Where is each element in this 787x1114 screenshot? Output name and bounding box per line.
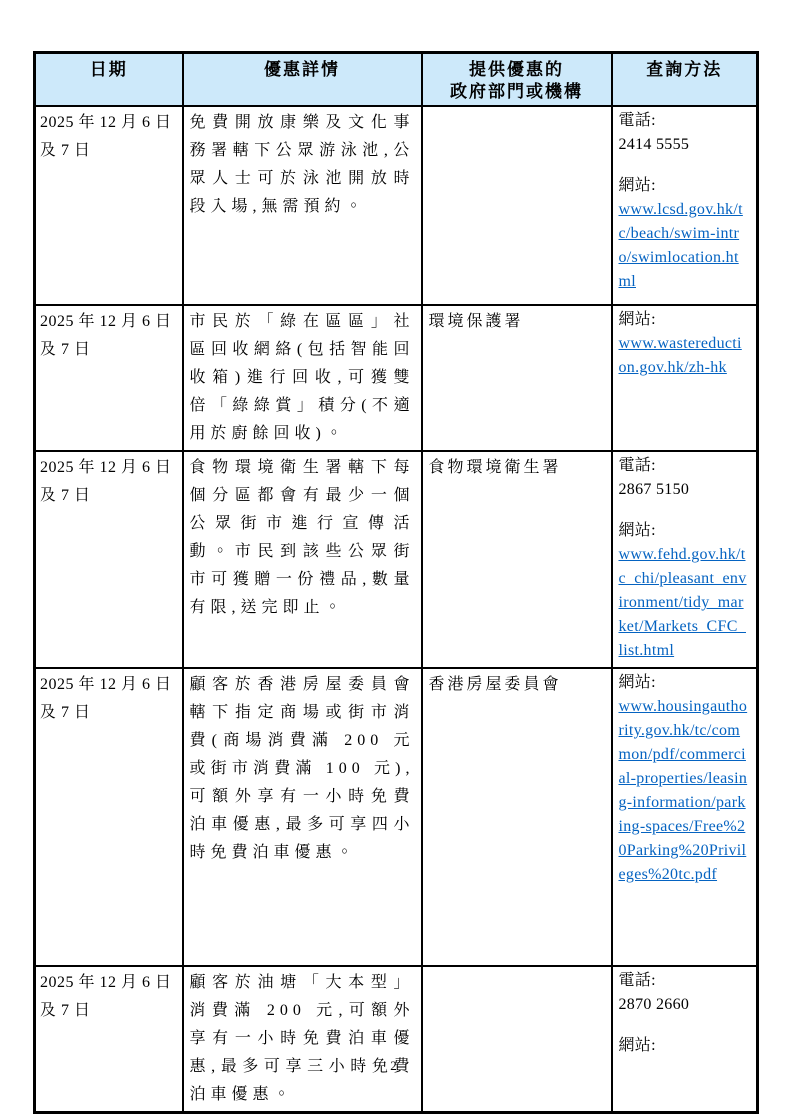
enquiry-cell: 網站: www.housingauthority.gov.hk/tc/commo… bbox=[612, 668, 758, 966]
phone-label: 電話: bbox=[619, 454, 751, 478]
details-cell: 市民於「綠在區區」社區回收網絡(包括智能回收箱)進行回收,可獲雙倍「綠綠賞」積分… bbox=[183, 305, 422, 451]
enquiry-link[interactable]: www.housingauthority.gov.hk/tc/common/pd… bbox=[619, 695, 751, 887]
details-cell: 顧客於油塘「大本型」消費滿 200 元,可額外享有一小時免費泊車優惠,最多可享三… bbox=[183, 966, 422, 1113]
website-label: 網站: bbox=[619, 174, 751, 198]
details-cell: 顧客於香港房屋委員會轄下指定商場或街市消費(商場消費滿 200 元或街市消費滿 … bbox=[183, 668, 422, 966]
enquiry-link[interactable]: www.lcsd.gov.hk/tc/beach/swim-intro/swim… bbox=[619, 198, 751, 294]
table-row: 2025 年 12 月 6 日 及 7 日 市民於「綠在區區」社區回收網絡(包括… bbox=[35, 305, 758, 451]
enquiry-link[interactable]: www.wastereduction.gov.hk/zh-hk bbox=[619, 332, 751, 380]
table-row: 2025 年 12 月 6 日 及 7 日 食物環境衛生署轄下每個分區都會有最少… bbox=[35, 451, 758, 668]
phone-number: 2867 5150 bbox=[619, 478, 751, 502]
enquiry-cell: 電話: 2867 5150 網站: www.fehd.gov.hk/tc_chi… bbox=[612, 451, 758, 668]
department-cell bbox=[422, 106, 612, 305]
department-cell: 香港房屋委員會 bbox=[422, 668, 612, 966]
header-enquiry-method: 查詢方法 bbox=[612, 53, 758, 107]
department-cell: 食物環境衛生署 bbox=[422, 451, 612, 668]
website-label: 網站: bbox=[619, 671, 751, 695]
details-cell: 食物環境衛生署轄下每個分區都會有最少一個公眾街市進行宣傳活動。市民到該些公眾街市… bbox=[183, 451, 422, 668]
date-cell: 2025 年 12 月 6 日 及 7 日 bbox=[35, 966, 183, 1113]
department-cell bbox=[422, 966, 612, 1113]
phone-number: 2870 2660 bbox=[619, 993, 751, 1017]
header-offer-details: 優惠詳情 bbox=[183, 53, 422, 107]
website-label: 網站: bbox=[619, 308, 751, 332]
date-cell: 2025 年 12 月 6 日 及 7 日 bbox=[35, 106, 183, 305]
date-cell: 2025 年 12 月 6 日 及 7 日 bbox=[35, 451, 183, 668]
table-row: 2025 年 12 月 6 日 及 7 日 顧客於油塘「大本型」消費滿 200 … bbox=[35, 966, 758, 1113]
date-cell: 2025 年 12 月 6 日 及 7 日 bbox=[35, 668, 183, 966]
enquiry-cell: 網站: www.wastereduction.gov.hk/zh-hk bbox=[612, 305, 758, 451]
phone-label: 電話: bbox=[619, 109, 751, 133]
date-cell: 2025 年 12 月 6 日 及 7 日 bbox=[35, 305, 183, 451]
details-cell: 免費開放康樂及文化事務署轄下公眾游泳池,公眾人士可於泳池開放時段入場,無需預約。 bbox=[183, 106, 422, 305]
department-cell: 環境保護署 bbox=[422, 305, 612, 451]
table-header-row: 日期 優惠詳情 提供優惠的 政府部門或機構 查詢方法 bbox=[35, 53, 758, 107]
table-row: 2025 年 12 月 6 日 及 7 日 顧客於香港房屋委員會轄下指定商場或街… bbox=[35, 668, 758, 966]
enquiry-cell: 電話: 2414 5555 網站: www.lcsd.gov.hk/tc/bea… bbox=[612, 106, 758, 305]
header-date: 日期 bbox=[35, 53, 183, 107]
page-number: 2 bbox=[0, 1058, 787, 1074]
offers-table: 日期 優惠詳情 提供優惠的 政府部門或機構 查詢方法 2025 年 12 月 6… bbox=[33, 51, 759, 1114]
phone-label: 電話: bbox=[619, 969, 751, 993]
header-department: 提供優惠的 政府部門或機構 bbox=[422, 53, 612, 107]
website-label: 網站: bbox=[619, 519, 751, 543]
phone-number: 2414 5555 bbox=[619, 133, 751, 157]
website-label: 網站: bbox=[619, 1034, 751, 1058]
document-page: 日期 優惠詳情 提供優惠的 政府部門或機構 查詢方法 2025 年 12 月 6… bbox=[0, 0, 787, 1114]
table-row: 2025 年 12 月 6 日 及 7 日 免費開放康樂及文化事務署轄下公眾游泳… bbox=[35, 106, 758, 305]
enquiry-cell: 電話: 2870 2660 網站: bbox=[612, 966, 758, 1113]
enquiry-link[interactable]: www.fehd.gov.hk/tc_chi/pleasant_environm… bbox=[619, 543, 751, 663]
